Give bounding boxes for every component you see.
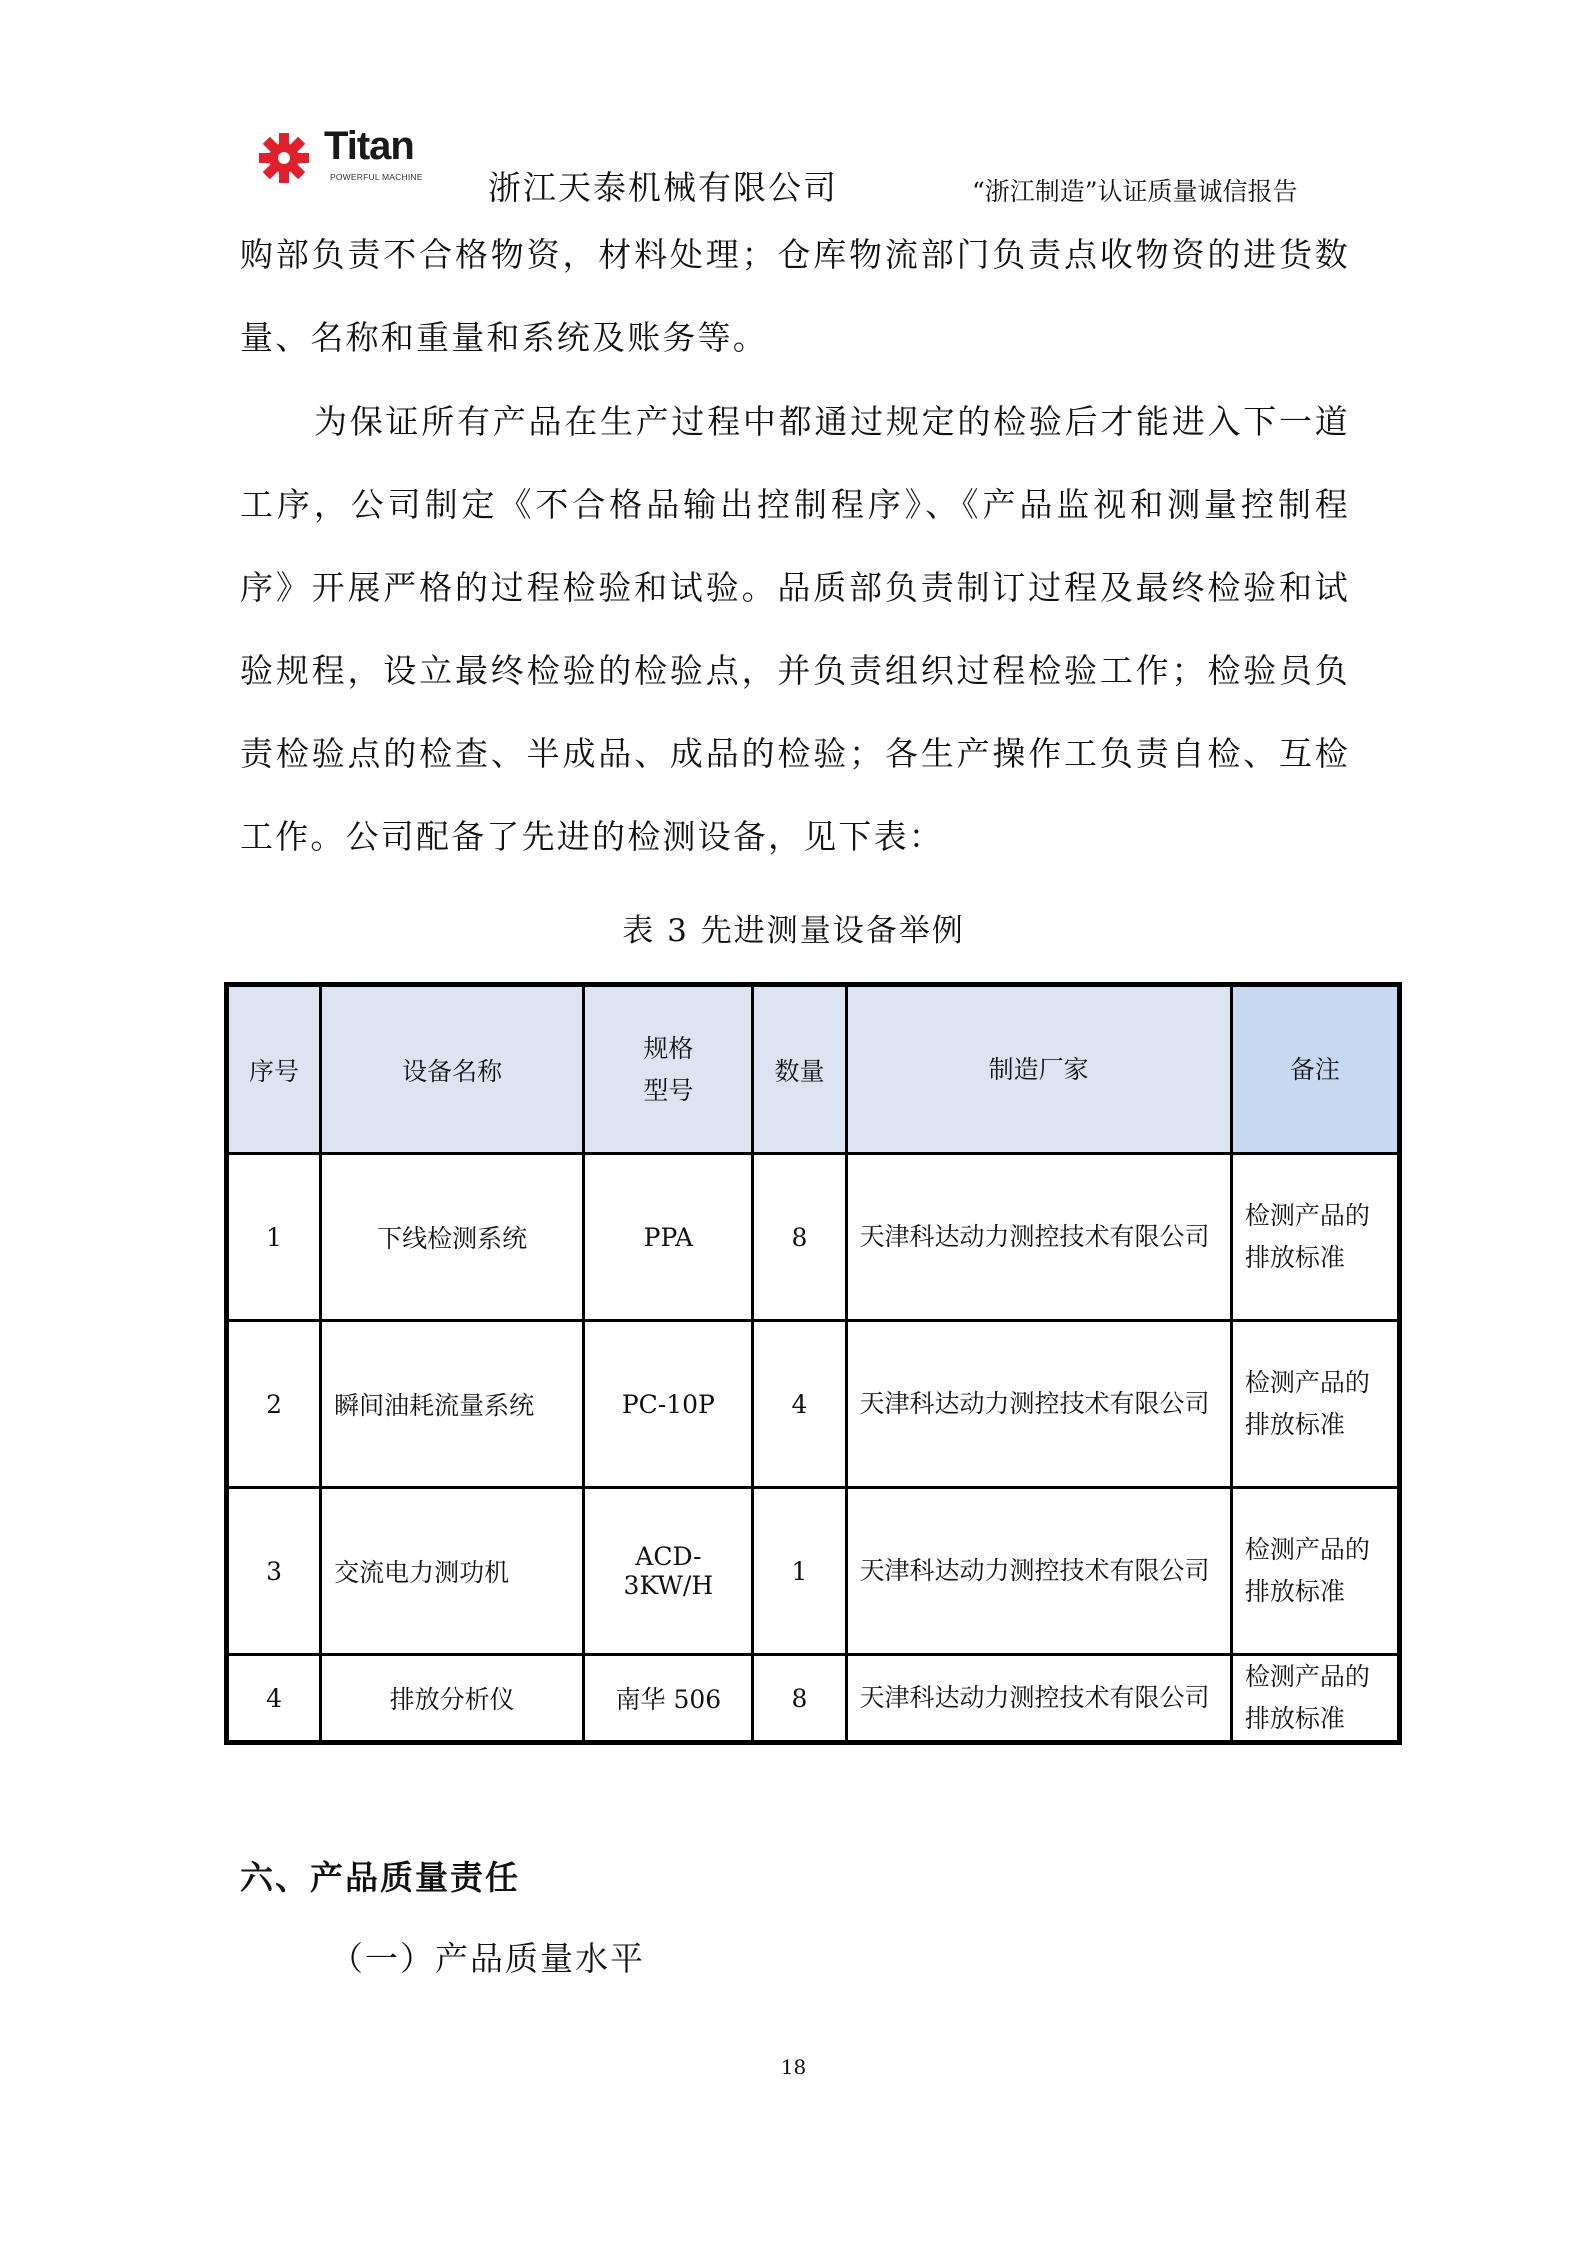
paragraph: 为保证所有产品在生产过程中都通过规定的检验后才能进入下一道工序，公司制定《不合格…	[240, 380, 1350, 878]
table-row: 2 瞬间油耗流量系统 PC-10P 4 天津科达动力测控技术有限公司 检测产品的…	[227, 1321, 1400, 1488]
cell-note: 检测产品的排放标准	[1231, 1488, 1399, 1655]
table-row: 3 交流电力测功机 ACD-3KW/H 1 天津科达动力测控技术有限公司 检测产…	[227, 1488, 1400, 1655]
cell-spec: ACD-3KW/H	[584, 1488, 753, 1655]
column-header-spec: 规格 型号	[584, 985, 753, 1154]
cell-spec: PPA	[584, 1154, 753, 1321]
spec-header-line2: 型号	[643, 1076, 693, 1105]
cell-maker: 天津科达动力测控技术有限公司	[846, 1488, 1231, 1655]
table-caption: 表 3 先进测量设备举例	[0, 905, 1587, 950]
cell-no: 3	[227, 1488, 321, 1655]
table-row: 1 下线检测系统 PPA 8 天津科达动力测控技术有限公司 检测产品的排放标准	[227, 1154, 1400, 1321]
table-header-row: 序号 设备名称 规格 型号 数量 制造厂家 备注	[227, 985, 1400, 1154]
cell-name: 下线检测系统	[321, 1154, 584, 1321]
spec-header-line1: 规格	[643, 1034, 693, 1063]
company-name: 浙江天泰机械有限公司	[488, 162, 838, 209]
cell-qty: 4	[753, 1321, 846, 1488]
cell-qty: 8	[753, 1655, 846, 1743]
column-header-name: 设备名称	[321, 985, 584, 1154]
cell-maker: 天津科达动力测控技术有限公司	[846, 1655, 1231, 1743]
section-heading: 六、产品质量责任	[240, 1852, 520, 1899]
logo-tagline: POWERFUL MACHINE	[330, 172, 423, 182]
column-header-maker: 制造厂家	[846, 985, 1231, 1154]
column-header-note: 备注	[1231, 985, 1399, 1154]
cell-spec: PC-10P	[584, 1321, 753, 1488]
cell-no: 4	[227, 1655, 321, 1743]
equipment-table: 序号 设备名称 规格 型号 数量 制造厂家 备注 1 下线检测系统 PPA 8 …	[224, 982, 1402, 1745]
cell-maker: 天津科达动力测控技术有限公司	[846, 1321, 1231, 1488]
cell-note: 检测产品的排放标准	[1231, 1655, 1399, 1743]
subsection-heading: （一）产品质量水平	[330, 1933, 645, 1980]
cell-qty: 1	[753, 1488, 846, 1655]
page-number: 18	[0, 2055, 1587, 2079]
cell-no: 2	[227, 1321, 321, 1488]
company-logo: Titan POWERFUL MACHINE	[258, 128, 458, 188]
cell-name: 瞬间油耗流量系统	[321, 1321, 584, 1488]
cell-no: 1	[227, 1154, 321, 1321]
cell-spec: 南华 506	[584, 1655, 753, 1743]
cell-note: 检测产品的排放标准	[1231, 1154, 1399, 1321]
paragraph: 购部负责不合格物资，材料处理；仓库物流部门负责点收物资的进货数量、名称和重量和系…	[240, 213, 1350, 379]
report-title: “浙江制造”认证质量诚信报告	[972, 172, 1298, 208]
gear-icon	[258, 132, 310, 184]
column-header-qty: 数量	[753, 985, 846, 1154]
column-header-no: 序号	[227, 985, 321, 1154]
cell-name: 排放分析仪	[321, 1655, 584, 1743]
cell-qty: 8	[753, 1154, 846, 1321]
logo-wordmark: Titan	[324, 124, 414, 169]
cell-name: 交流电力测功机	[321, 1488, 584, 1655]
table-row: 4 排放分析仪 南华 506 8 天津科达动力测控技术有限公司 检测产品的排放标…	[227, 1655, 1400, 1743]
cell-maker: 天津科达动力测控技术有限公司	[846, 1154, 1231, 1321]
cell-note: 检测产品的排放标准	[1231, 1321, 1399, 1488]
